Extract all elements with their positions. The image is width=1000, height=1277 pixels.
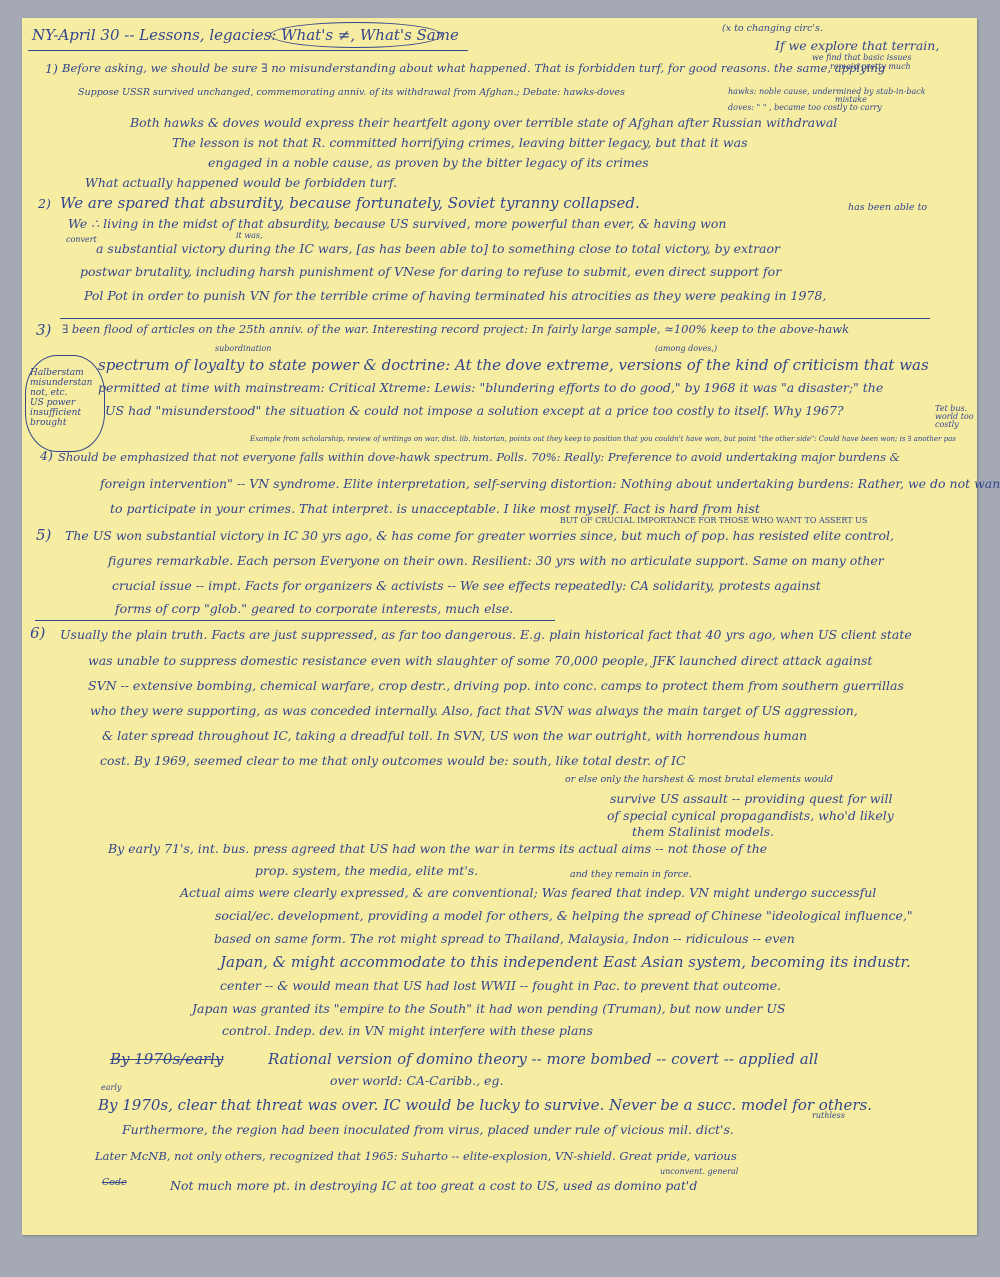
section-7-code-note: Code (102, 1178, 127, 1188)
section-7-line-2: prop. system, the media, elite mt's. (255, 865, 478, 878)
section-7-line-9: control. Indep. dev. in VN might interfe… (222, 1025, 593, 1038)
section-5-line-2: figures remarkable. Each person Everyone… (108, 555, 884, 568)
section-6-line-4: who they were supporting, as was concede… (90, 705, 858, 718)
section-5-line-4: forms of corp "glob." geared to corporat… (115, 603, 513, 616)
section-1-line-1: Before asking, we should be sure ∃ no mi… (62, 63, 885, 75)
section-7-line-14: Later McNB, not only others, recognized … (95, 1151, 737, 1163)
section-6-line-8: survive US assault -- providing quest fo… (610, 793, 892, 806)
section-1-line-2: Suppose USSR survived unchanged, commemo… (78, 88, 625, 98)
section-4-line-1: Should be emphasized that not everyone f… (58, 452, 900, 464)
section-5-line-1: The US won substantial victory in IC 30 … (65, 530, 894, 543)
section-7-struck-by-note: By 1970s/early (110, 1052, 223, 1067)
section-3-line-1: ∃ been flood of articles on the 25th ann… (62, 324, 849, 336)
section-2-divider (60, 318, 930, 319)
section-3-line-3: permitted at time with mainstream: Criti… (98, 382, 883, 395)
section-2-number: 2) (38, 198, 51, 211)
title-circle (270, 22, 442, 48)
section-6-line-10: them Stalinist models. (632, 826, 774, 839)
section-7-line-13: Furthermore, the region had been inocula… (122, 1124, 734, 1137)
section-2-line-5: Pol Pot in order to punish VN for the te… (84, 290, 826, 303)
section-1-line-4: The lesson is not that R. committed horr… (172, 137, 748, 150)
top-right-note: (x to changing circ's. (722, 24, 823, 34)
section-6-line-2: was unable to suppress domestic resistan… (88, 655, 872, 668)
section-2-note-right: has been able to (848, 203, 927, 213)
section-7-unconvent-note: unconvent. general (660, 1168, 738, 1176)
section-1-number: 1) (45, 63, 58, 76)
section-2-convert-note: convert (66, 236, 97, 244)
section-4-number: 4) (40, 450, 53, 463)
section-5-line-3: crucial issue -- impt. Facts for organiz… (112, 580, 821, 593)
section-2-line-3: a substantial victory during the IC wars… (96, 243, 780, 256)
section-6-line-3: SVN -- extensive bombing, chemical warfa… (88, 680, 904, 693)
section-1-line-6: What actually happened would be forbidde… (85, 177, 397, 190)
section-3-example-note: Example from scholarship, review of writ… (250, 436, 956, 443)
section-4-caps-note: BUT OF CRUCIAL IMPORTANCE FOR THOSE WHO … (560, 517, 867, 525)
section-4-line-2: foreign intervention" -- VN syndrome. El… (100, 478, 1000, 491)
section-3-tet-note: Tet bus. world too costly (935, 405, 975, 429)
section-6-line-1: Usually the plain truth. Facts are just … (60, 629, 912, 642)
section-1-line-5: engaged in a noble cause, as proven by t… (208, 157, 649, 170)
section-5-divider (35, 620, 555, 621)
section-2-it-was-note: it was, (236, 232, 263, 240)
section-4-line-3: to participate in your crimes. That inte… (110, 503, 760, 516)
section-7-line-15: Not much more pt. in destroying IC at to… (170, 1180, 697, 1193)
section-7-line-1: By early 71's, int. bus. press agreed th… (108, 843, 767, 856)
section-6-line-7: or else only the harshest & most brutal … (565, 775, 833, 785)
top-right-note-2: If we explore that terrain, (775, 40, 939, 53)
section-7-line-11: over world: CA-Caribb., eg. (330, 1075, 503, 1088)
section-6-line-5: & later spread throughout IC, taking a d… (102, 730, 807, 743)
section-7-line-12: By 1970s, clear that threat was over. IC… (98, 1098, 872, 1113)
section-7-line-10: Rational version of domino theory -- mor… (268, 1052, 818, 1067)
section-3-number: 3) (36, 323, 51, 338)
section-7-line-3: Actual aims were clearly expressed, & ar… (180, 887, 876, 900)
section-2-line-4: postwar brutality, including harsh punis… (80, 266, 781, 279)
section-3-subordination-note: subordination (215, 345, 271, 353)
section-3-among-doves-note: (among doves,) (655, 345, 717, 353)
section-6-number: 6) (30, 626, 45, 641)
section-6-line-6: cost. By 1969, seemed clear to me that o… (100, 755, 686, 768)
section-7-early-note: early (101, 1084, 121, 1092)
section-1-mistake-note: mistake (835, 96, 867, 104)
section-5-number: 5) (36, 528, 51, 543)
section-7-insert: and they remain in force. (570, 870, 692, 880)
section-3-line-2: spectrum of loyalty to state power & doc… (98, 358, 929, 373)
section-7-line-8: Japan was granted its "empire to the Sou… (192, 1003, 785, 1016)
section-7-line-4: social/ec. development, providing a mode… (215, 910, 913, 923)
section-1-doves-note: doves: " " , became too costly to carry (728, 104, 882, 112)
section-2-line-1: We are spared that absurdity, because fo… (60, 196, 640, 211)
section-1-line-3: Both hawks & doves would express their h… (130, 117, 837, 130)
section-2-line-2: We ∴ living in the midst of that absurdi… (68, 218, 726, 231)
section-7-line-5: based on same form. The rot might spread… (214, 933, 795, 946)
section-3-line-4: US had "misunderstood" the situation & c… (105, 405, 844, 418)
section-7-line-6: Japan, & might accommodate to this indep… (220, 955, 911, 970)
section-1-hawks-note: hawks: noble cause, undermined by stab-i… (728, 88, 926, 96)
section-7-ruthless-note: ruthless (812, 1112, 845, 1120)
section-7-line-7: center -- & would mean that US had lost … (220, 980, 781, 993)
left-margin-bracket (25, 355, 105, 452)
section-6-line-9: of special cynical propagandists, who'd … (607, 810, 894, 823)
title-underline (28, 50, 468, 51)
